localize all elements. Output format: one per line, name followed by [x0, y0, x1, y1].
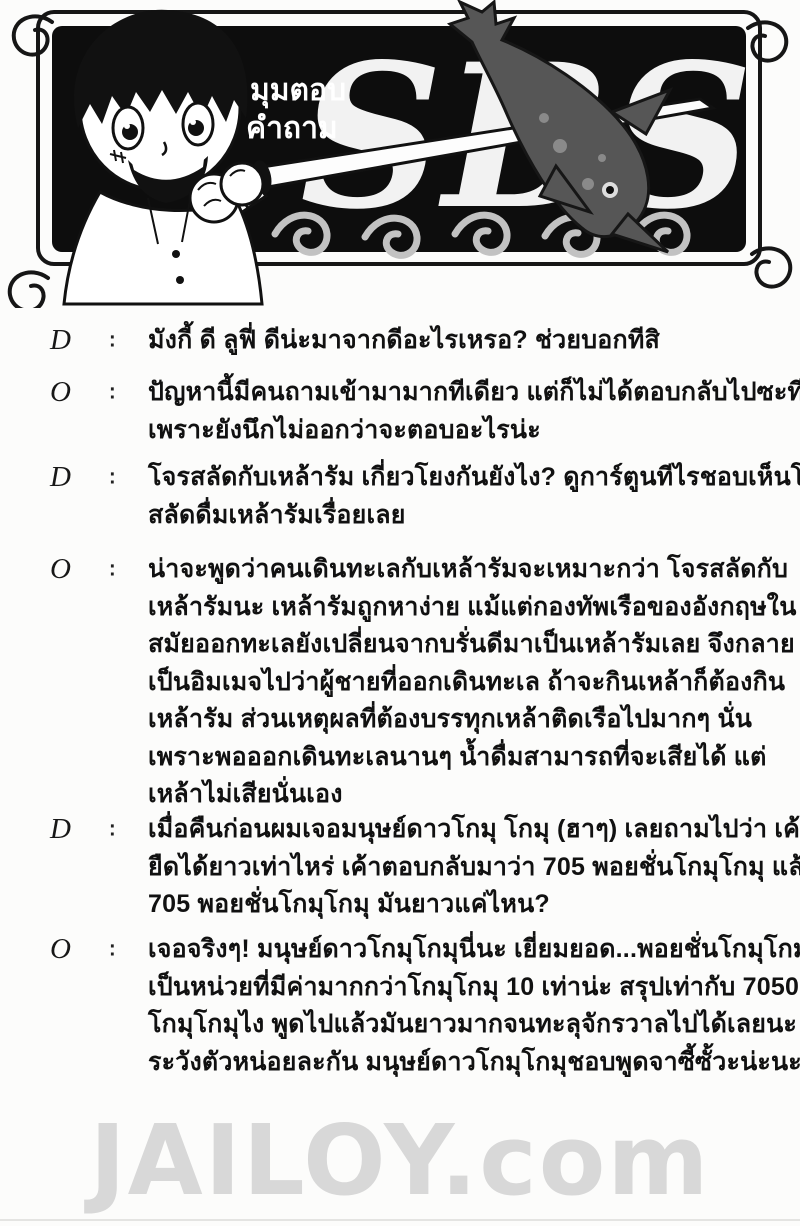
question-text: มังกี้ ดี ลูฟี่ ดีน่ะมาจากดีอะไรเหรอ? ช่…: [148, 322, 754, 360]
site-watermark: JAILOY.com: [90, 1104, 711, 1217]
question-text: เมื่อคืนก่อนผมเจอมนุษย์ดาวโกมุ โกมุ (ฮาๆ…: [148, 811, 754, 924]
text-line: น่าจะพูดว่าคนเดินทะเลกับเหล้ารัมจะเหมาะก…: [148, 551, 754, 589]
colon-mark: :: [109, 465, 116, 490]
colon-mark: :: [109, 328, 116, 353]
answer-text: น่าจะพูดว่าคนเดินทะเลกับเหล้ารัมจะเหมาะก…: [148, 551, 754, 814]
text-line: เพราะพอออกเดินทะเลนานๆ น้ำดื่มสามารถที่จ…: [148, 739, 754, 777]
speaker-marker: O: [50, 933, 90, 966]
text-line: มังกี้ ดี ลูฟี่ ดีน่ะมาจากดีอะไรเหรอ? ช่…: [148, 322, 754, 360]
speaker-marker: O: [50, 553, 90, 586]
colon-mark: :: [109, 937, 116, 962]
text-line: เป็นหน่วยที่มีค่ามากกว่าโกมุโกมุ 10 เท่า…: [148, 969, 754, 1007]
text-line: สมัยออกทะเลยังเปลี่ยนจากบรั่นดีมาเป็นเหล…: [148, 626, 754, 664]
question-text: โจรสลัดกับเหล้ารัม เกี่ยวโยงกันยังไง? ดู…: [148, 459, 754, 534]
corner-label-line1: มุมตอบ: [250, 73, 346, 109]
shirt-button: [172, 250, 180, 258]
text-line: 705 พอยชั่นโกมุโกมุ มันยาวแค่ไหน?: [148, 886, 754, 924]
scan-edge-line: [0, 1219, 800, 1221]
speaker-marker: D: [50, 461, 90, 494]
spiral-ornament-top-right: [748, 22, 786, 60]
text-line: เหล้ารัม ส่วนเหตุผลที่ต้องบรรทุกเหล้าติด…: [148, 701, 754, 739]
answer-text: เจอจริงๆ! มนุษย์ดาวโกมุโกมุนี่นะ เยี่ยมย…: [148, 931, 754, 1081]
spiral-ornament-bottom-left: [10, 272, 48, 308]
spiral-ornament-top-left: [14, 16, 52, 54]
speaker-marker: D: [50, 324, 90, 357]
text-line: เจอจริงๆ! มนุษย์ดาวโกมุโกมุนี่นะ เยี่ยมย…: [148, 931, 754, 969]
shirt-button: [176, 276, 184, 284]
sbs-header-art: SBS: [0, 0, 800, 308]
text-line: เหล้ารัมนะ เหล้ารัมถูกหาง่าย แม้แต่กองทั…: [148, 589, 754, 627]
speaker-marker: D: [50, 813, 90, 846]
text-line: โกมุโกมุไง พูดไปแล้วมันยาวมากจนทะลุจักรว…: [148, 1006, 754, 1044]
text-line: เพราะยังนึกไม่ออกว่าจะตอบอะไรน่ะ: [148, 412, 754, 450]
colon-mark: :: [109, 380, 116, 405]
corner-label-line2: คำถาม: [246, 111, 338, 146]
text-line: เมื่อคืนก่อนผมเจอมนุษย์ดาวโกมุ โกมุ (ฮาๆ…: [148, 811, 754, 849]
text-line: ปัญหานี้มีคนถามเข้ามามากทีเดียว แต่ก็ไม่…: [148, 374, 754, 412]
text-line: ระวังตัวหน่อยละกัน มนุษย์ดาวโกมุโกมุชอบพ…: [148, 1044, 754, 1082]
text-line: เป็นอิมเมจไปว่าผู้ชายที่ออกเดินทะเล ถ้าจ…: [148, 664, 754, 702]
text-line: ยืดได้ยาวเท่าไหร่ เค้าตอบกลับมาว่า 705 พ…: [148, 849, 754, 887]
text-line: โจรสลัดกับเหล้ารัม เกี่ยวโยงกันยังไง? ดู…: [148, 459, 754, 497]
colon-mark: :: [109, 817, 116, 842]
answer-text: ปัญหานี้มีคนถามเข้ามามากทีเดียว แต่ก็ไม่…: [148, 374, 754, 449]
text-line: เหล้าไม่เสียนั่นเอง: [148, 776, 754, 814]
text-line: สลัดดื่มเหล้ารัมเรื่อยเลย: [148, 497, 754, 535]
speaker-marker: O: [50, 376, 90, 409]
colon-mark: :: [109, 557, 116, 582]
manga-scan-page: SBS: [0, 0, 800, 1226]
dolphin-eye: [606, 186, 614, 194]
